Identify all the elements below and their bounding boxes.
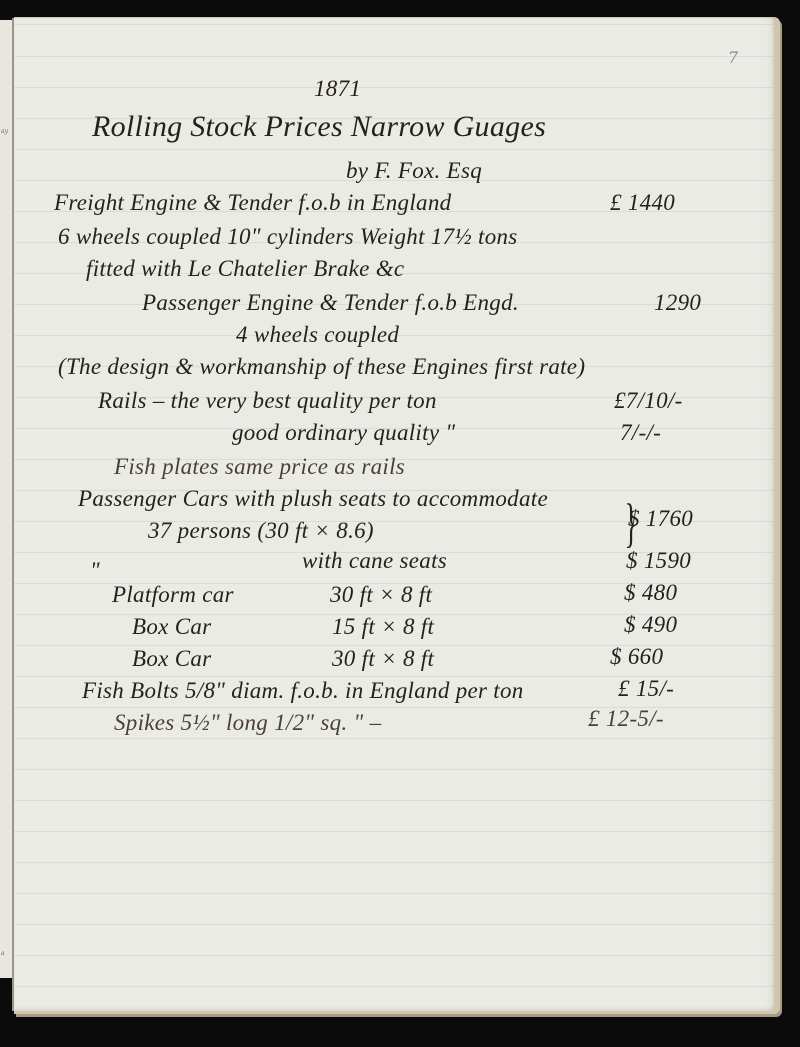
entry-text: good ordinary quality " (232, 420, 455, 446)
author-line: by F. Fox. Esq (346, 158, 482, 184)
entry-dims: 30 ft × 8 ft (330, 582, 432, 608)
entry-price: £ 1440 (610, 190, 675, 216)
entry-text: Passenger Cars with plush seats to accom… (78, 486, 548, 512)
entry-text: 6 wheels coupled 10" cylinders Weight 17… (58, 224, 518, 250)
entry-text: Spikes 5½" long 1/2" sq. " – (114, 710, 381, 736)
entry-price: 1290 (654, 290, 701, 316)
entry-price: $ 490 (624, 612, 677, 638)
entry-price: 7/-/- (620, 420, 661, 446)
entry-text: Box Car (132, 614, 211, 640)
entry-text: Fish plates same price as rails (114, 454, 405, 480)
year-heading: 1871 (314, 76, 361, 102)
entry-text: with cane seats (302, 548, 447, 574)
entry-dims: 30 ft × 8 ft (332, 646, 434, 672)
page-title: Rolling Stock Prices Narrow Guages (92, 110, 546, 144)
entry-price: $ 1760 (628, 506, 693, 532)
entry-dims: 15 ft × 8 ft (332, 614, 434, 640)
entry-text: Platform car (112, 582, 234, 608)
entry-price: $ 660 (610, 644, 663, 670)
entry-text: Fish Bolts 5/8" diam. f.o.b. in England … (82, 678, 524, 704)
entry-text: 37 persons (30 ft × 8.6) (148, 518, 374, 544)
entry-text: Passenger Engine & Tender f.o.b Engd. (142, 290, 519, 316)
entry-note: (The design & workmanship of these Engin… (58, 354, 585, 380)
entry-price: $ 480 (624, 580, 677, 606)
facing-page-mark: ay (1, 128, 8, 135)
facing-page-mark: a (1, 950, 5, 957)
entry-price: £7/10/- (614, 388, 683, 414)
notebook-page: 7 1871 Rolling Stock Prices Narrow Guage… (12, 18, 774, 1011)
entry-text: Rails – the very best quality per ton (98, 388, 437, 414)
ditto-mark: " (90, 558, 100, 584)
entry-text: Box Car (132, 646, 211, 672)
page-number: 7 (728, 48, 738, 67)
entry-text: fitted with Le Chatelier Brake &c (86, 256, 404, 282)
entry-text: Freight Engine & Tender f.o.b in England (54, 190, 451, 216)
entry-text: 4 wheels coupled (236, 322, 399, 348)
entry-price: £ 12-5/- (588, 706, 664, 732)
entry-price: £ 15/- (618, 676, 674, 702)
entry-price: $ 1590 (626, 548, 691, 574)
